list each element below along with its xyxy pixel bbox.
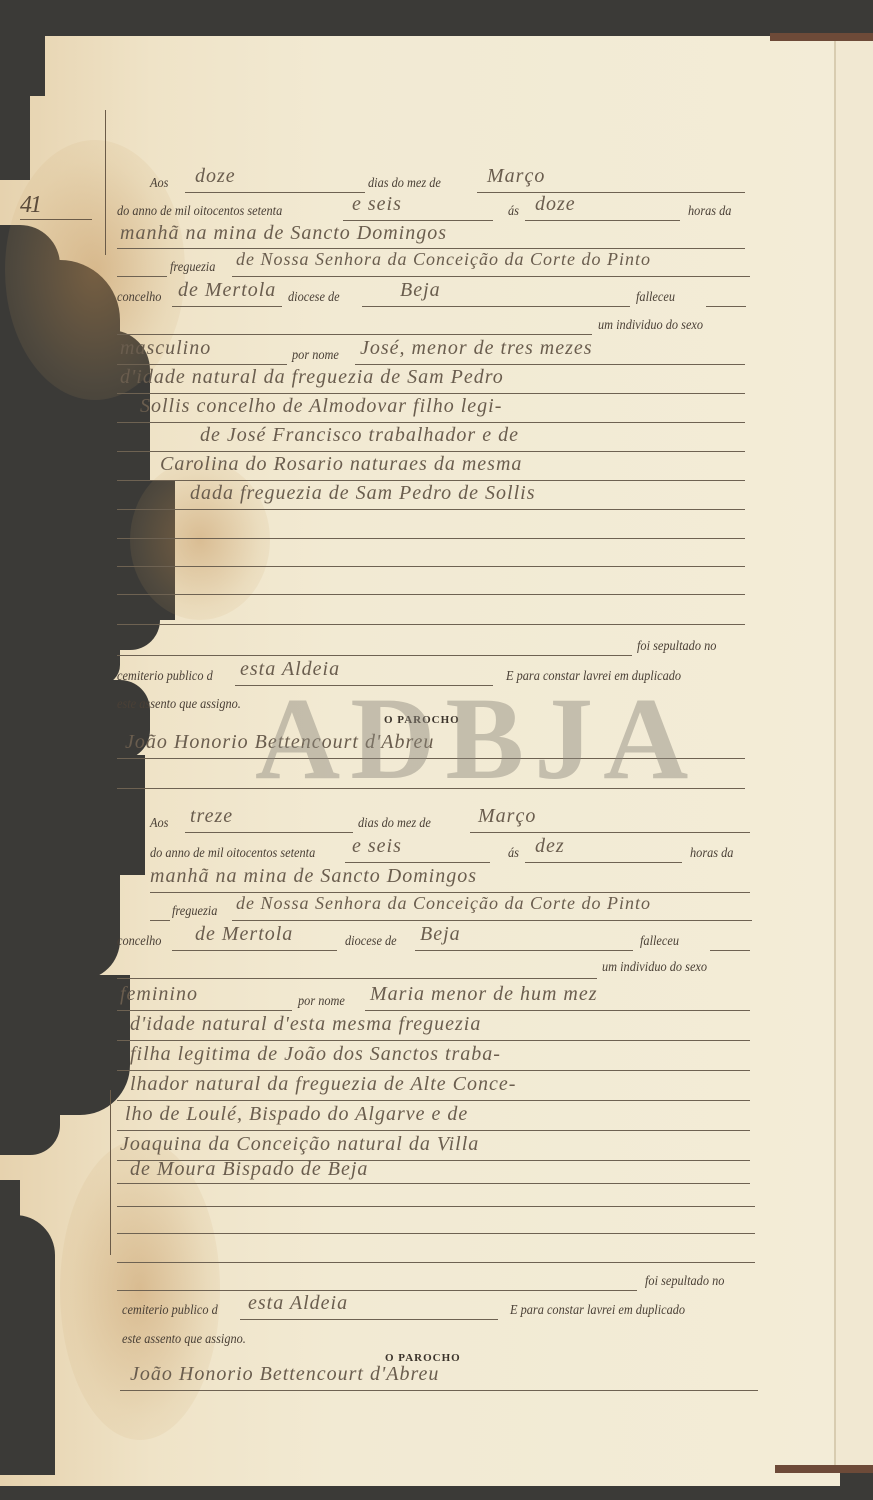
field-line bbox=[117, 1262, 755, 1263]
label-falleceu: falleceu bbox=[636, 290, 675, 306]
field-day: doze bbox=[195, 165, 236, 188]
field-line bbox=[117, 1040, 750, 1041]
torn-edge bbox=[0, 1215, 55, 1475]
field-continuation: filha legitima de João dos Sanctos traba… bbox=[130, 1043, 501, 1066]
field-continuation: lho de Loulé, Bispado do Algarve e de bbox=[125, 1103, 468, 1126]
field-line bbox=[117, 364, 287, 365]
field-hour: dez bbox=[535, 835, 565, 858]
field-concelho: de Mertola bbox=[195, 923, 293, 946]
field-line bbox=[150, 920, 170, 921]
field-line bbox=[525, 862, 682, 863]
field-line bbox=[117, 1233, 755, 1234]
label-dias-do-mez: dias do mez de bbox=[368, 176, 441, 192]
field-line bbox=[117, 1070, 750, 1071]
label-dias-do-mez: dias do mez de bbox=[358, 816, 431, 832]
field-line bbox=[706, 306, 746, 307]
field-line bbox=[185, 832, 353, 833]
field-hour: doze bbox=[535, 193, 576, 216]
label-sepultado: foi sepultado no bbox=[645, 1274, 724, 1290]
margin-rule bbox=[105, 110, 106, 255]
torn-edge bbox=[0, 755, 145, 875]
torn-edge bbox=[0, 36, 45, 96]
label-concelho: concelho bbox=[117, 290, 161, 306]
label-as: ás bbox=[508, 846, 519, 862]
field-line bbox=[117, 978, 597, 979]
label-do-anno: do anno de mil oitocentos setenta bbox=[150, 846, 315, 862]
field-continuation: de Moura Bispado de Beja bbox=[130, 1158, 368, 1181]
label-falleceu: falleceu bbox=[640, 934, 679, 950]
field-continuation: d'idade natural d'esta mesma freguezia bbox=[130, 1013, 481, 1036]
field-diocese: Beja bbox=[400, 279, 441, 302]
field-line bbox=[232, 276, 750, 277]
field-line bbox=[117, 655, 632, 656]
label-aos: Aos bbox=[150, 816, 168, 832]
label-freguezia: freguezia bbox=[172, 904, 217, 920]
field-continuation: Sollis concelho de Almodovar filho legi- bbox=[140, 395, 502, 418]
field-month: Março bbox=[478, 805, 536, 828]
label-sepultado: foi sepultado no bbox=[637, 639, 716, 655]
field-line bbox=[117, 1183, 750, 1184]
field-continuation: Carolina do Rosario naturaes da mesma bbox=[160, 453, 522, 476]
field-line bbox=[117, 1206, 755, 1207]
label-individuo: um individuo do sexo bbox=[598, 318, 703, 334]
label-diocese: diocese de bbox=[345, 934, 397, 950]
field-year: e seis bbox=[352, 193, 402, 216]
label-aos: Aos bbox=[150, 176, 168, 192]
field-name: José, menor de tres mezes bbox=[360, 337, 593, 360]
torn-edge bbox=[0, 90, 30, 180]
field-continuation: d'idade natural da freguezia de Sam Pedr… bbox=[120, 366, 504, 389]
field-freguezia: de Nossa Senhora da Conceição da Corte d… bbox=[236, 249, 651, 270]
field-freguezia: de Nossa Senhora da Conceição da Corte d… bbox=[236, 893, 651, 914]
margin-rule bbox=[110, 1090, 111, 1255]
field-line bbox=[240, 1319, 498, 1320]
field-continuation: lhador natural da freguezia de Alte Conc… bbox=[130, 1073, 516, 1096]
field-concelho: de Mertola bbox=[178, 279, 276, 302]
field-line bbox=[710, 950, 750, 951]
field-month: Março bbox=[487, 165, 545, 188]
field-line bbox=[117, 276, 167, 277]
field-line bbox=[117, 538, 745, 539]
label-as: ás bbox=[508, 204, 519, 220]
field-line bbox=[117, 1100, 750, 1101]
adjacent-page-edge bbox=[834, 40, 873, 1470]
field-line bbox=[172, 306, 282, 307]
field-line bbox=[362, 306, 630, 307]
torn-edge bbox=[0, 610, 160, 650]
field-line bbox=[117, 422, 745, 423]
field-line bbox=[470, 832, 750, 833]
field-continuation: Joaquina da Conceição natural da Villa bbox=[120, 1133, 479, 1156]
torn-edge bbox=[0, 870, 120, 980]
field-time-place: manhã na mina de Sancto Domingos bbox=[150, 865, 477, 888]
field-line bbox=[117, 334, 592, 335]
label-horas-da: horas da bbox=[688, 204, 731, 220]
signature-line bbox=[120, 1390, 758, 1391]
parish-priest-signature: João Honorio Bettencourt d'Abreu bbox=[130, 1363, 439, 1386]
field-continuation: dada freguezia de Sam Pedro de Sollis bbox=[190, 482, 535, 505]
field-line bbox=[525, 220, 680, 221]
field-line bbox=[117, 451, 745, 452]
label-assento: este assento que assigno. bbox=[122, 1332, 246, 1348]
field-line bbox=[117, 594, 745, 595]
field-line bbox=[117, 509, 745, 510]
field-line bbox=[345, 862, 490, 863]
field-line bbox=[117, 1010, 292, 1011]
field-cemetery: esta Aldeia bbox=[248, 1292, 348, 1315]
label-freguezia: freguezia bbox=[170, 260, 215, 276]
field-line bbox=[232, 920, 752, 921]
field-line bbox=[343, 220, 493, 221]
field-line bbox=[117, 624, 745, 625]
field-line bbox=[355, 364, 745, 365]
label-por-nome: por nome bbox=[292, 348, 339, 364]
field-line bbox=[185, 192, 365, 193]
field-line bbox=[117, 480, 745, 481]
label-do-anno: do anno de mil oitocentos setenta bbox=[117, 204, 282, 220]
label-diocese: diocese de bbox=[288, 290, 340, 306]
field-sex: masculino bbox=[120, 337, 211, 360]
field-time-place: manhã na mina de Sancto Domingos bbox=[120, 222, 447, 245]
label-concelho: concelho bbox=[117, 934, 161, 950]
label-constar: E para constar lavrei em duplicado bbox=[510, 1303, 685, 1319]
label-cemiterio: cemiterio publico d bbox=[117, 669, 213, 685]
archive-watermark: ADBJA bbox=[255, 680, 698, 798]
binding-edge-bottom bbox=[775, 1465, 873, 1473]
field-diocese: Beja bbox=[420, 923, 461, 946]
field-sex: feminino bbox=[120, 983, 198, 1006]
field-line bbox=[117, 1290, 637, 1291]
field-line bbox=[415, 950, 633, 951]
field-line bbox=[365, 1010, 750, 1011]
field-line bbox=[477, 192, 745, 193]
label-individuo: um individuo do sexo bbox=[602, 960, 707, 976]
field-line bbox=[117, 1130, 750, 1131]
label-horas-da: horas da bbox=[690, 846, 733, 862]
torn-edge bbox=[0, 645, 120, 685]
field-line bbox=[117, 393, 745, 394]
field-continuation: de José Francisco trabalhador e de bbox=[200, 424, 519, 447]
entry-number: 41 bbox=[20, 192, 92, 220]
field-line bbox=[117, 566, 745, 567]
field-year: e seis bbox=[352, 835, 402, 858]
field-line bbox=[172, 950, 337, 951]
label-por-nome: por nome bbox=[298, 994, 345, 1010]
binding-edge-top bbox=[770, 33, 873, 41]
label-cemiterio: cemiterio publico d bbox=[122, 1303, 218, 1319]
torn-edge bbox=[0, 1180, 20, 1220]
field-day: treze bbox=[190, 805, 233, 828]
field-name: Maria menor de hum mez bbox=[370, 983, 598, 1006]
label-assento: este assento que assigno. bbox=[117, 697, 241, 713]
